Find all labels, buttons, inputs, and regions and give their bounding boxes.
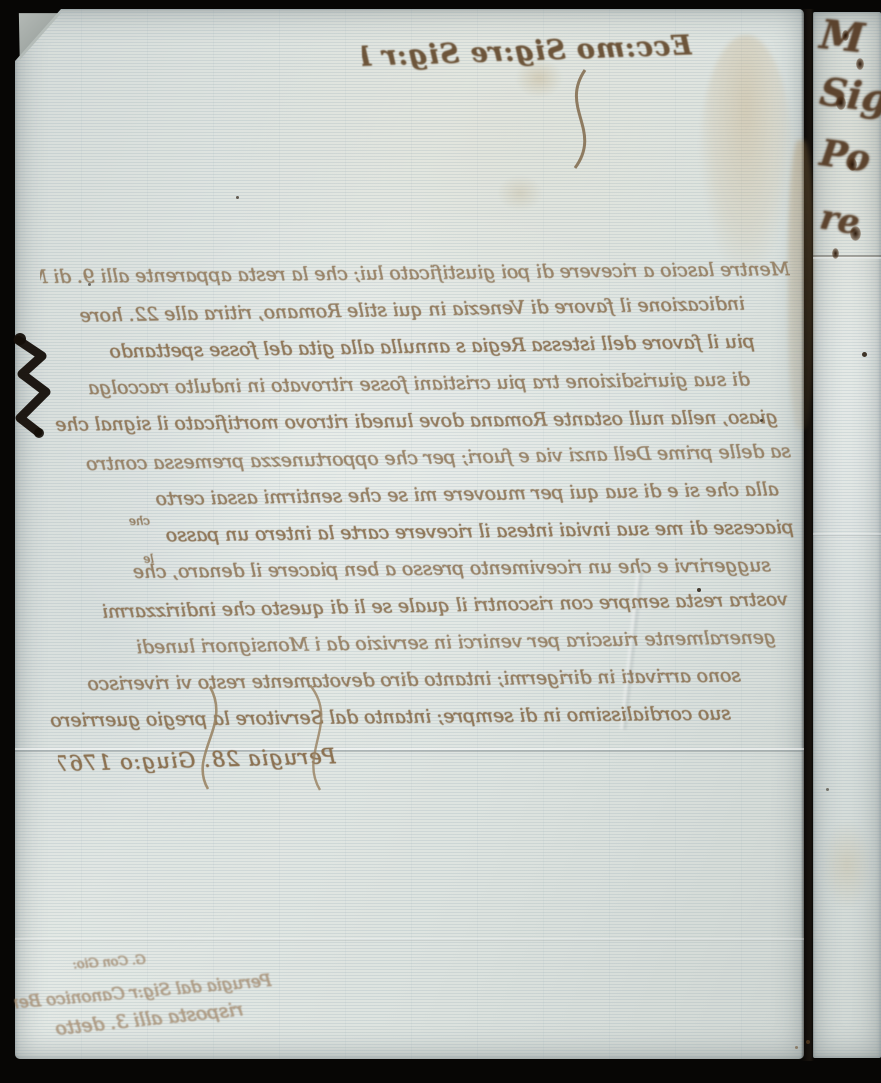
ink-speck [88,283,91,286]
ink-speck [760,419,763,422]
ink-blob [842,30,849,41]
edge-ink-fragment: Sig [817,69,881,121]
ink-speck [826,788,829,791]
interline-insert-showthrough: le [114,552,154,567]
fold-gutter [801,9,814,1061]
ink-blob [832,248,839,259]
ink-blob [836,96,846,110]
edge-ink-fragment: Po [817,132,881,182]
edge-ink-fragment: M [818,11,881,64]
ink-blob [856,58,864,70]
ink-blob [850,226,861,241]
interline-insert-showthrough: che [110,514,150,529]
ink-speck [806,1040,810,1044]
manuscript-scan: Ecc:mo Sig:re Sig:r P:ron Col:mo Mentre … [0,0,881,1083]
ink-speck [236,196,239,199]
ink-speck [862,352,867,357]
ink-blob [848,158,857,171]
ink-speck [795,1046,798,1049]
ink-speck [697,588,701,592]
